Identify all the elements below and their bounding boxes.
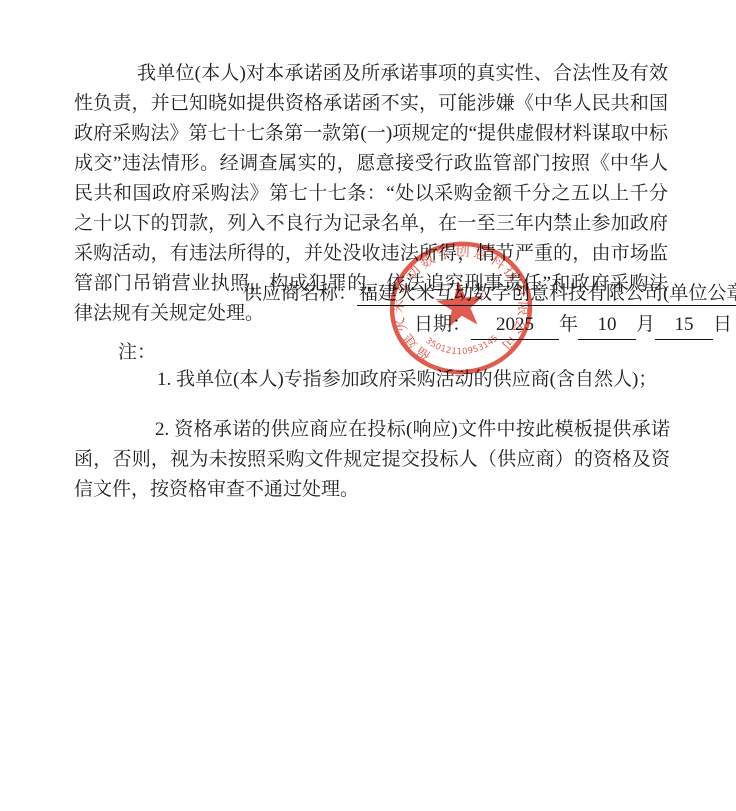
supplier-label: 供应商名称： bbox=[243, 283, 357, 304]
date-month-unit: 月 bbox=[636, 314, 655, 335]
date-year-value: 2025 bbox=[471, 312, 559, 340]
date-month-value: 10 bbox=[578, 312, 636, 340]
document-page: 我单位(本人)对本承诺函及所承诺事项的真实性、合法性及有效性负责，并已知晓如提供… bbox=[0, 0, 736, 811]
supplier-name-line: 供应商名称：福建火米互动数字创意科技有限公司(单位公章) bbox=[243, 281, 736, 307]
notes-heading: 注： bbox=[118, 340, 156, 366]
date-day-value: 15 bbox=[655, 312, 713, 340]
date-day-unit: 日 bbox=[713, 314, 732, 335]
date-line: 日期：2025年10月15日 bbox=[414, 312, 732, 340]
date-year-unit: 年 bbox=[559, 314, 578, 335]
note-item-1: 1. 我单位(本人)专指参加政府采购活动的供应商(含自然人)； bbox=[157, 367, 657, 393]
supplier-name-value: 福建火米互动数字创意科技有限公司(单位公章) bbox=[357, 283, 736, 306]
note-item-2: 2. 资格承诺的供应商应在投标(响应)文件中按此模板提供承诺函，否则，视为未按照… bbox=[74, 415, 670, 505]
date-label: 日期： bbox=[414, 314, 471, 335]
